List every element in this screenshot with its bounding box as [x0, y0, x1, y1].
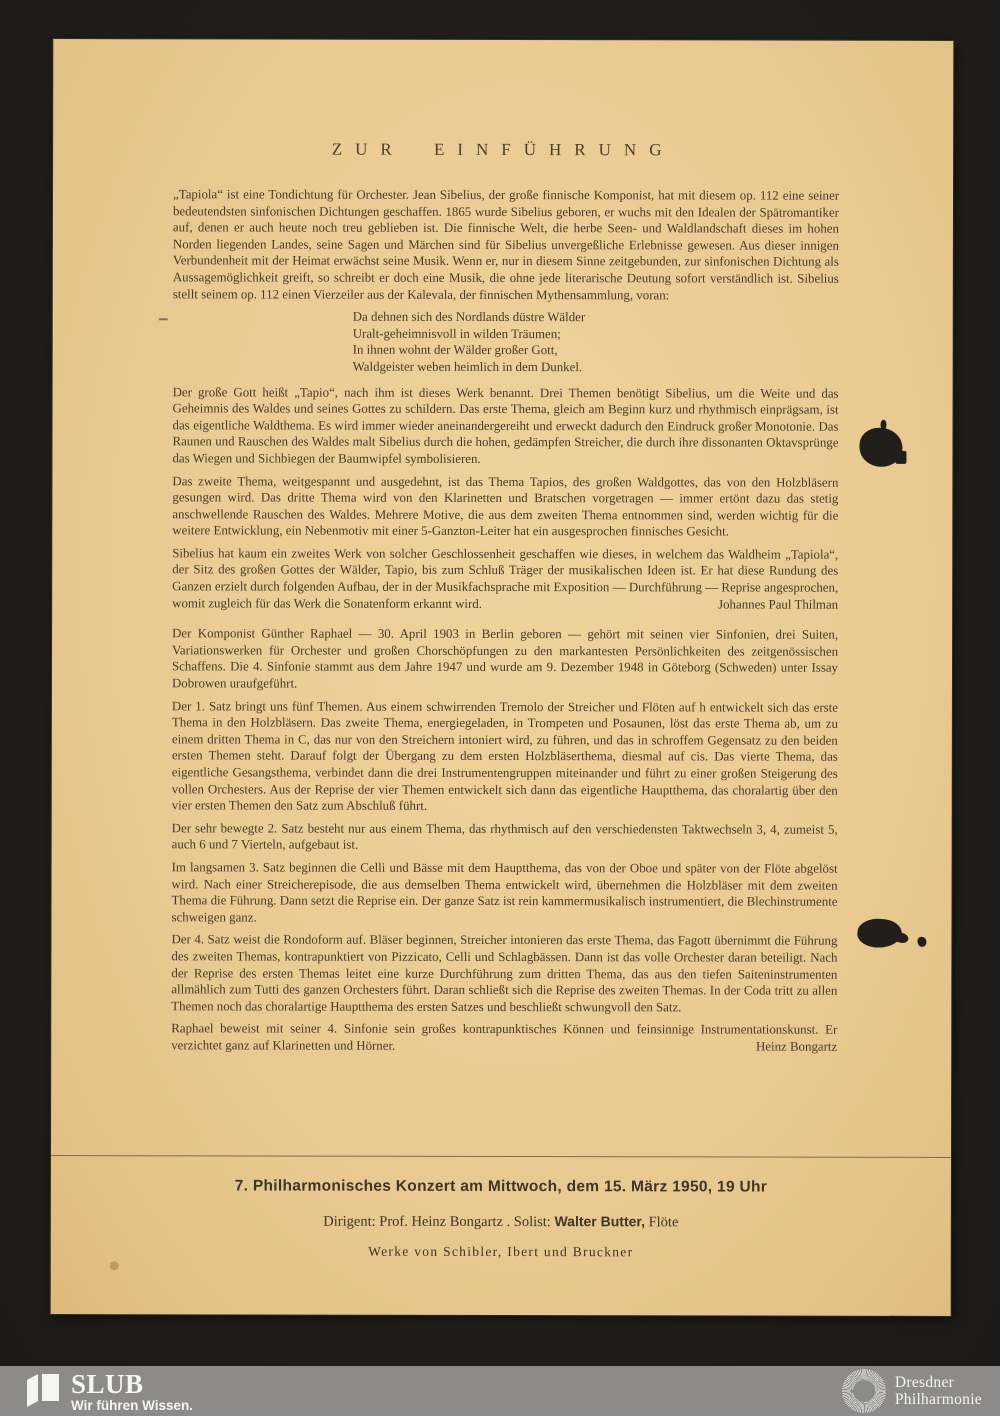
ink-blot [917, 937, 926, 947]
stray-mark [159, 318, 168, 320]
divider-line [51, 1155, 951, 1158]
brand-line: Philharmonie [895, 1391, 982, 1408]
ink-blot [881, 420, 887, 430]
brand-line: Dresdner [895, 1374, 982, 1391]
paragraph-tapio-themes: Der große Gott heißt „Tapio“, nach ihm i… [172, 384, 838, 468]
paper-stain [110, 1261, 119, 1270]
philharmonie-wordmark: Dresdner Philharmonie [895, 1374, 982, 1408]
performers-text: Dirigent: Prof. Heinz Bongartz . Solist: [323, 1214, 554, 1230]
slub-tagline: Wir führen Wissen. [71, 1398, 193, 1413]
viewer-footer-bar: SLUB Wir führen Wissen. Dresdner Philhar… [0, 1366, 1000, 1416]
verse-line: Da dehnen sich des Nordlands düstre Wäld… [353, 309, 839, 327]
scan-backdrop: ZUR EINFÜHRUNG „Tapiola“ ist eine Tondic… [0, 0, 1000, 1416]
paragraph-sonata-form: Sibelius hat kaum ein zweites Werk von s… [172, 545, 838, 613]
paragraph-raphael-conclusion: Raphael beweist mit seiner 4. Sinfonie s… [171, 1021, 837, 1056]
paragraph-third-movement: Im langsamen 3. Satz beginnen die Celli … [171, 859, 837, 927]
verse-line: Waldgeister weben heimlich in dem Dunkel… [353, 359, 839, 377]
verse-quote: Da dehnen sich des Nordlands düstre Wäld… [353, 309, 839, 376]
text-block: „Tapiola“ ist eine Tondichtung für Orche… [171, 186, 839, 1055]
paragraph-second-theme: Das zweite Thema, weitgespannt und ausge… [172, 473, 838, 541]
concert-performers: Dirigent: Prof. Heinz Bongartz . Solist:… [51, 1212, 951, 1232]
performers-text: Flöte [645, 1214, 678, 1230]
paragraph-raphael-intro: Der Komponist Günther Raphael — 30. Apri… [172, 626, 838, 694]
slub-wordmark: SLUB Wir führen Wissen. [71, 1372, 193, 1413]
concert-works: Werke von Schibler, Ibert und Bruckner [51, 1243, 951, 1261]
verse-line: Uralt-geheimnisvoll in wilden Träumen; [353, 325, 839, 343]
concert-announcement: 7. Philharmonisches Konzert am Mittwoch,… [51, 1177, 951, 1261]
paragraph-first-movement: Der 1. Satz bringt uns fünf Themen. Aus … [172, 698, 838, 816]
paragraph-second-movement: Der sehr bewegte 2. Satz besteht nur aus… [172, 820, 838, 855]
starburst-icon [842, 1369, 886, 1413]
slub-book-icon [26, 1372, 60, 1409]
dresdner-philharmonie-logo: Dresdner Philharmonie [842, 1369, 982, 1413]
document-page: ZUR EINFÜHRUNG „Tapiola“ ist eine Tondic… [51, 39, 954, 1316]
soloist-name: Walter Butter, [554, 1213, 645, 1229]
slub-title: SLUB [71, 1372, 193, 1396]
paragraph-fourth-movement: Der 4. Satz weist die Rondoform auf. Blä… [171, 932, 837, 1016]
concert-title: 7. Philharmonisches Konzert am Mittwoch,… [51, 1177, 951, 1197]
paragraph-tapiola-intro: „Tapiola“ ist eine Tondichtung für Orche… [173, 186, 839, 304]
slub-logo: SLUB Wir führen Wissen. [26, 1369, 193, 1413]
verse-line: In ihnen wohnt der Wälder großer Gott, [353, 342, 839, 360]
page-title: ZUR EINFÜHRUNG [53, 39, 953, 161]
ink-blot [895, 451, 906, 464]
